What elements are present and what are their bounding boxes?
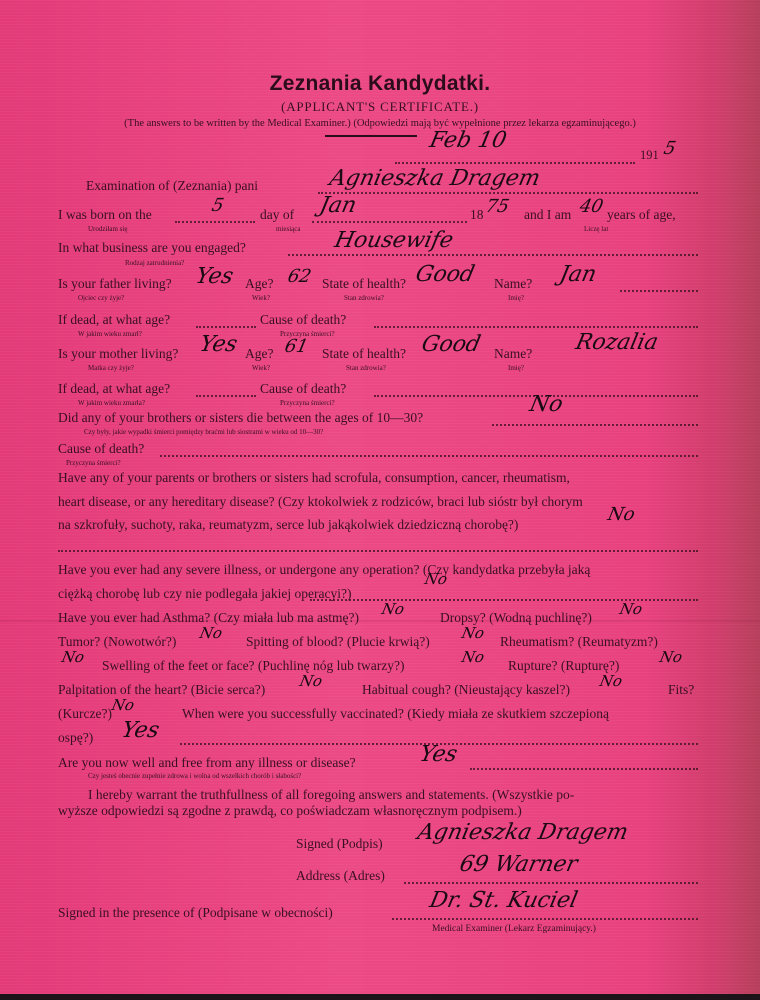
mother-dead-age-label: If dead, at what age? [58,381,170,397]
birth-age-label-pl: Liczę lat [584,225,608,233]
palpitation-label: Palpitation of the heart? (Bicie serca?) [58,682,265,698]
warrant-line1: I hereby warrant the truthfullness of al… [88,787,574,803]
spitting-label: Spitting of blood? (Plucie krwią?) [246,634,430,650]
siblings-cause-label: Cause of death? [58,441,144,457]
father-label: Is your father living? [58,276,172,292]
rupture-value: No [658,648,684,666]
birth-day-dotline [175,221,255,223]
mother-dead-age-dotline [196,395,256,397]
birth-day-of-label: day of [260,207,294,223]
swelling-value: No [460,648,486,666]
father-name-label: Name? [494,276,532,292]
birth-day-of-label-pl: miesiąca [276,225,301,233]
tumor-value: No [198,624,224,642]
business-value: Housewife [332,228,455,253]
father-health-label-pl: Stan zdrowia? [344,294,384,302]
scan-bottom-edge [0,994,760,1000]
siblings-cause-dotline [160,455,698,457]
illness-line2: ciężką chorobę lub czy nie podlegała jak… [58,586,351,602]
illness-value: No [423,570,449,588]
birth-label-pl: Urodziłam się [88,225,127,233]
birth-month-dotline [312,221,467,223]
signed-value: Agnieszka Dragem [415,820,630,845]
examination-label: Examination of (Zeznania) pani [86,178,258,194]
hereditary-value: No [606,504,637,525]
birth-month-value: Jan [317,193,358,218]
palpitation-value: No [298,672,324,690]
illness-line1: Have you ever had any severe illness, or… [58,562,590,578]
birth-age-value: 40 [578,196,605,217]
father-cause-label: Cause of death? [260,312,346,328]
mother-name-label: Name? [494,346,532,362]
address-label: Address (Adres) [296,868,385,884]
hereditary-dotline [58,550,698,552]
document-title: Zeznania Kandydatki. [0,72,760,96]
address-dotline [404,882,698,884]
presence-dotline [392,918,698,920]
presence-label: Signed in the presence of (Podpisane w o… [58,905,333,921]
father-age-value: 62 [286,266,313,287]
mother-age-label-pl: Wiek? [252,364,270,372]
asthma-value: No [380,600,406,618]
birth-label: I was born on the [58,207,152,223]
mother-name-value: Rozalia [573,330,660,355]
father-dead-age-label: If dead, at what age? [58,312,170,328]
mother-health-label: State of health? [322,346,406,362]
father-living-value: Yes [193,264,235,289]
mother-label-pl: Matka czy żyje? [88,364,134,372]
fits-label: Fits? [668,682,694,698]
dropsy-label: Dropsy? (Wodną puchlinę?) [440,610,592,626]
examiner-caption: Medical Examiner (Lekarz Egzaminujący.) [432,924,596,934]
examination-value: Agnieszka Dragem [327,166,542,191]
warrant-line2: wyższe odpowiedzi są zgodne z prawdą, co… [58,803,522,819]
fits-value: No [110,696,136,714]
vaccinated-value: Yes [119,718,161,743]
father-name-label-pl: Imię? [508,294,524,302]
father-dead-age-label-pl: W jakim wieku zmarł? [78,330,142,338]
instructions-text: (The answers to be written by the Medica… [0,118,760,129]
vaccinated-label-cont: ospę?) [58,730,93,746]
document-subtitle: (APPLICANT'S CERTIFICATE.) [0,99,760,115]
rheumatism-value: No [60,648,86,666]
mother-cause-label: Cause of death? [260,381,346,397]
well-label-pl: Czy jesteś obecnie zupełnie zdrowa i wol… [88,772,301,780]
father-health-label: State of health? [322,276,406,292]
siblings-cause-label-pl: Przyczyna śmierci? [66,459,121,467]
birth-year-prefix: 18 [470,207,484,223]
date-dotline [395,162,635,164]
date-handwritten: Feb 10 [427,128,508,153]
spitting-value: No [460,624,486,642]
mother-age-label: Age? [245,346,273,362]
mother-health-label-pl: Stan zdrowia? [346,364,386,372]
father-dead-age-dotline [196,326,256,328]
father-name-value: Jan [557,262,598,287]
cough-value: No [598,672,624,690]
signed-label: Signed (Podpis) [296,836,383,852]
cough-label: Habitual cough? (Nieustający kaszel?) [362,682,570,698]
father-health-value: Good [413,262,476,287]
siblings-dotline [492,424,698,426]
address-value: 69 Warner [457,852,579,877]
business-dotline [288,254,698,256]
father-name-dotline [620,290,698,292]
birth-age-end-label: years of age, [607,207,676,223]
mother-age-value: 61 [283,336,310,357]
paper-edge-shadow [718,0,760,1000]
hereditary-line3: na szkrofuły, suchoty, raka, reumatyzm, … [58,517,518,533]
fits-label-pl: (Kurcze?) [58,706,112,722]
presence-value: Dr. St. Kuciel [427,888,579,913]
mother-cause-label-pl: Przyczyna śmierci? [280,399,335,407]
hereditary-line1: Have any of your parents or brothers or … [58,470,570,486]
well-dotline [470,768,698,770]
business-label-pl: Rodzaj zatrudnienia? [125,259,184,267]
mother-health-value: Good [419,332,482,357]
swelling-label: Swelling of the feet or face? (Puchlinę … [102,658,405,674]
dropsy-value: No [618,600,644,618]
examination-dotline [318,192,698,194]
business-label: In what business are you engaged? [58,240,246,256]
father-age-label: Age? [245,276,273,292]
siblings-label-pl: Czy były, jakie wypadki śmierci pomiędzy… [84,428,323,436]
mother-name-label-pl: Imię? [508,364,524,372]
vaccinated-label: When were you successfully vaccinated? (… [182,706,609,722]
siblings-value: No [527,392,565,417]
rheumatism-label: Rheumatism? (Reumatyzm?) [500,634,658,650]
birth-age-label: and I am [524,207,571,223]
father-age-label-pl: Wiek? [252,294,270,302]
mother-living-value: Yes [197,332,239,357]
father-cause-dotline [374,326,698,328]
father-label-pl: Ojciec czy żyje? [78,294,124,302]
well-value: Yes [417,742,459,767]
date-year-prefix: 191 [640,148,659,163]
well-label: Are you now well and free from any illne… [58,755,356,771]
siblings-label: Did any of your brothers or sisters die … [58,410,423,426]
hereditary-line2: heart disease, or any hereditary disease… [58,494,583,510]
mother-dead-age-label-pl: W jakim wieku zmarła? [78,399,145,407]
birth-year-value: 75 [484,196,511,217]
header-rule [325,135,417,137]
mother-label: Is your mother living? [58,346,178,362]
